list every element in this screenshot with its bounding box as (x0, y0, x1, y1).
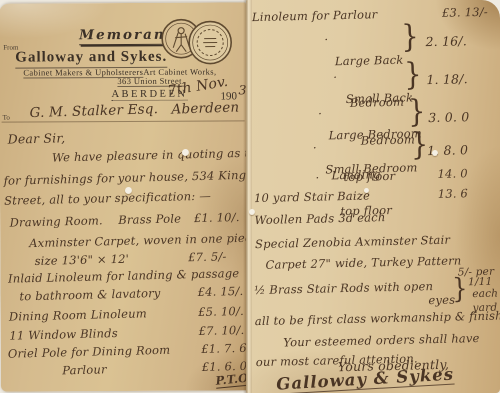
item-price: £5. 10/. (198, 304, 244, 319)
paper-hole (182, 149, 189, 156)
salutation: Dear Sir, (7, 130, 65, 146)
item-price: £7. 5/- (188, 249, 227, 264)
brace: } (452, 272, 468, 305)
item-price: £1. 10/. (194, 210, 240, 225)
quote-line: 10 yard Stair Baize 13. 6 (254, 186, 468, 205)
right-page-body: Linoleum for Parlour £3. 13/- · Large Ba… (246, 0, 500, 393)
item-text: Dining Room Linoleum (9, 306, 147, 323)
item-text: 10 yard Stair Baize (254, 188, 370, 205)
quote-line: 11 Window Blinds £7. 10/. (9, 323, 244, 343)
item-text: ½ Brass Stair Rods with open (254, 279, 433, 297)
quote-line: Oriel Pole for Dining Room £1. 7. 6 (8, 341, 247, 361)
quote-line: Linoleum for Parlour £3. 13/- (252, 5, 488, 24)
quote-line: Street, all to your specification: — (4, 189, 211, 208)
scanned-letter: Memorandum. From Galloway and Sykes. Cab… (0, 0, 500, 393)
item-price-unit: each (472, 288, 498, 301)
paper-hole (432, 150, 438, 156)
item-text: Parlour (62, 362, 107, 377)
ditto-mark: · (318, 107, 322, 121)
quote-line: to bathroom & lavatory £4. 15/. (19, 284, 243, 303)
item-price: £7. 10/. (198, 323, 244, 338)
paper-hole (125, 187, 132, 194)
quote-line: Dining Room Linoleum £5. 10/. (9, 304, 244, 324)
item-text: size 13'6" × 12' (34, 252, 129, 268)
ditto-mark: · (315, 171, 319, 185)
paper-hole (364, 188, 369, 193)
item-price: 13. 6 (438, 186, 469, 201)
item-text: 11 Window Blinds (9, 326, 118, 343)
quote-line: Inlaid Linoleum for landing & passage (8, 266, 240, 286)
item-text: Drawing Room. Brass Pole (9, 211, 181, 229)
item-text: Oriel Pole for Dining Room (8, 343, 171, 361)
brace: } (404, 57, 422, 93)
quote-line: for furnishings for your house, 534 King (3, 168, 246, 188)
ditto-mark: · (324, 32, 328, 46)
item-price: £4. 15/. (198, 284, 244, 299)
left-page-body: Dear Sir, We have pleasure in quoting as… (0, 2, 248, 391)
item-price: 14. 0 (437, 166, 468, 181)
item-price: £3. 13/- (442, 5, 488, 20)
item-price: 1/11 (468, 276, 493, 289)
item-text: Linoleum for Parlour (252, 7, 378, 24)
item-text: Carpet 27" wide, Turkey Pattern (265, 253, 461, 271)
brace: } (401, 19, 419, 55)
quote-line: size 13'6" × 12' £7. 5/- (34, 249, 226, 268)
item-price: 3. 0. 0 (428, 109, 469, 125)
quote-line: Drawing Room. Brass Pole £1. 10/. (9, 210, 239, 230)
item-text-cont: eyes (428, 293, 455, 308)
left-page: Memorandum. From Galloway and Sykes. Cab… (0, 2, 248, 391)
item-text: to bathroom & lavatory (19, 286, 160, 303)
paper-hole (249, 209, 255, 215)
pto-note: P.T.O (215, 371, 248, 389)
item-text: Landing (331, 167, 380, 182)
quote-line: Woollen Pads 3d each (254, 210, 385, 227)
brace: } (410, 127, 428, 163)
ditto-mark: · (333, 70, 337, 84)
signature: Galloway & Sykes (276, 365, 455, 393)
quote-line: Axminster Carpet, woven in one piece (29, 231, 248, 251)
item-price: £1. 7. 6 (201, 341, 247, 356)
item-price: 2. 16/. (425, 33, 467, 49)
ditto-mark: · (313, 141, 317, 155)
right-page: Linoleum for Parlour £3. 13/- · Large Ba… (246, 0, 500, 393)
quote-line: Special Zenobia Axminster Stair (255, 233, 450, 251)
quote-line: Your esteemed orders shall have (283, 331, 480, 349)
item-price: 1. 18/. (426, 71, 468, 87)
brace: } (408, 94, 426, 130)
quote-line: We have pleasure in quoting as under (52, 145, 248, 165)
